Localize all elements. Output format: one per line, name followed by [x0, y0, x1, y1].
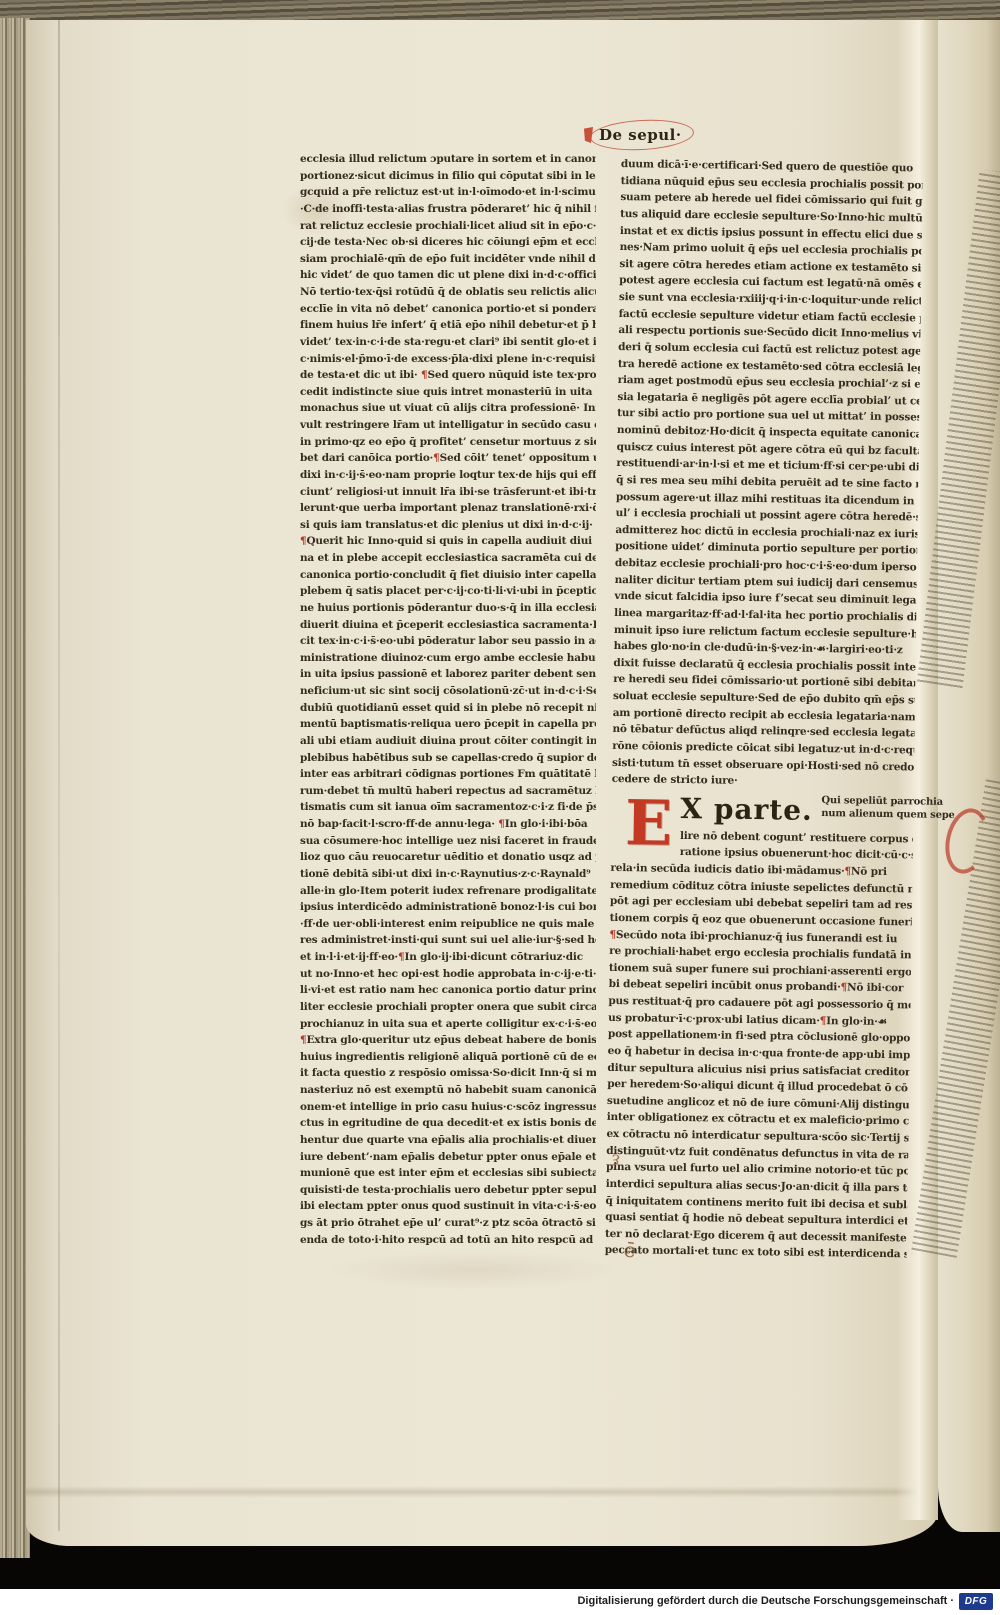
lombard-initial: E	[625, 795, 673, 852]
text-line: in primo·qz eo ep̄o q̄ profitet’ censetu…	[300, 434, 596, 451]
text-line: li·vi·et est ratio nam hec canonica port…	[300, 982, 596, 999]
text-line: diuerit diuina et p̄ceperit ecclesiastic…	[300, 617, 596, 634]
text-line: cij·de testa·Nec ob·si diceres hic cōiun…	[300, 234, 596, 251]
text-line: rum·debet tn̄ multū haberi repectus ad s…	[300, 783, 596, 800]
text-column-right: duum dicā·ī·e·certificari·Sed quero de q…	[605, 156, 923, 1263]
text-line: sua cōsumere·hoc intellige uez nisi face…	[300, 833, 596, 850]
parchment-stain	[326, 1250, 626, 1290]
text-line: munionē que est inter ep̄m et ecclesias …	[300, 1165, 596, 1182]
text-line: rat relictuz ecclesie prochiali·licet al…	[300, 218, 596, 235]
running-title-text: De sepul·	[599, 125, 682, 145]
text-line: de testa·et dic ut ibi· ¶Sed quero nūqui…	[300, 367, 596, 384]
ex-parte-body: lire nō debent cogunt’ restituere corpus…	[605, 827, 913, 1264]
text-line: ¶Extra glo·queritur utz ep̄us debeat hab…	[300, 1032, 596, 1049]
text-line: ipsius interdicēdo administrationē bonoz…	[300, 899, 596, 916]
ex-parte-side-text: Qui sepeliūt parrochianum alienum quem s…	[821, 794, 955, 822]
text-line: ut no·Inno·et hec opi·est hodie approbat…	[300, 966, 596, 983]
text-line: ne huius portionis pōderantur duo·s·q̄ i…	[300, 600, 596, 617]
text-line: inter eas arbitrari cōdignas portiones F…	[300, 766, 596, 783]
text-line: tionē debitā sibi·ut dixi in·c·Raynutius…	[300, 866, 596, 883]
text-line: Nō tertio·tex·q̄si rotūdū q̄ de oblatis …	[300, 284, 596, 301]
text-line: ·ff·de uer·obli·interest enim reipublice…	[300, 916, 596, 933]
text-line: huius ingredientis religionē aliquā port…	[300, 1049, 596, 1066]
text-line: nō bap·facit·l·scro·ff·de annu·lega· ¶In…	[300, 816, 596, 833]
text-line: ciunt’ religiosi·ut innuit lr̄a ibi·se t…	[300, 484, 596, 501]
text-line: si quis iam translatus·et dic plenius ut…	[300, 517, 596, 534]
text-line: onem·et intellige in prio casu huius·c·s…	[300, 1099, 596, 1116]
text-line: ministratione diuinoz·cum ergo ambe eccl…	[300, 650, 596, 667]
text-line: alle·in glo·Item poterit iudex refrenare…	[300, 883, 596, 900]
text-line: finem huius lr̄e infert’ q̄ etiā ep̄o ni…	[300, 317, 596, 334]
text-line: ecclīe in vita nō debet’ canonica portio…	[300, 301, 596, 318]
text-line: lerunt·que uerba important plenaz transl…	[300, 500, 596, 517]
text-line: neficium·ut sic sint socij cōsolationū·z…	[300, 683, 596, 700]
manuscript-scan: De sepul· ecclesia illud relictum ɔputar…	[0, 0, 1000, 1615]
text-line: cedit indistincte siue quis intret monas…	[300, 384, 596, 401]
text-line: in uita ipsius passionē et laborez parit…	[300, 666, 596, 683]
text-line: dubiū quotidianū esset quid si in plebe …	[300, 700, 596, 717]
text-line: monachus siue ut viuat cū alijs citra pr…	[300, 400, 596, 417]
text-line: plebem q̄ satis placet per·c·ij·co·ti·li…	[300, 583, 596, 600]
text-line: vult restringere lr̄am ut intelligatur i…	[300, 417, 596, 434]
text-line: plebibus habētibus sub se capellas·credo…	[300, 750, 596, 767]
text-line: ali ubi etiam audiuit diuina prout cōite…	[300, 733, 596, 750]
text-line: num alienum quem sepe	[821, 807, 955, 822]
text-line: it facta questio z respōsio omissa·So·di…	[300, 1065, 596, 1082]
text-line: gcquid a pr̄e relictuz est·ut in·l·oīmod…	[300, 184, 596, 201]
text-line: na et in plebe accepit ecclesiastica sac…	[300, 550, 596, 567]
text-line: ·C·de inoffi·testa·alias frustra pōderar…	[300, 201, 596, 218]
text-line: bet dari canōica portio·¶Sed cōit’ tenet…	[300, 450, 596, 467]
text-line: et in·l·i·et·ij·ff·eo·¶In glo·ij·ibi·dic…	[300, 949, 596, 966]
text-line: iure debent’·nam ep̄alis debetur ppter o…	[300, 1149, 596, 1166]
text-line: nasteriuz nō est exemptū nō habebit suam…	[300, 1082, 596, 1099]
text-line: quisisti·de testa·prochialis uero debetu…	[300, 1182, 596, 1199]
text-line: hic videt’ de quo tamen dic ut plene dix…	[300, 267, 596, 284]
right-column-text: duum dicā·ī·e·certificari·Sed quero de q…	[612, 156, 923, 792]
text-line: canonica portio·concludit q̄ fiet diuisi…	[300, 567, 596, 584]
ex-parte-section: E X parte. Qui sepeliūt parrochianum ali…	[605, 791, 914, 1264]
text-line: ibi electam ppter onus quod sustinuit in…	[300, 1198, 596, 1215]
text-line: lioz quo cāu reuocaretur uēditio et dona…	[300, 849, 596, 866]
text-line: gs āt prio ōtrahet ep̄e ul’ curat⁹·z ptz…	[300, 1215, 596, 1232]
text-line: dixi in·c·ij·s̄·eo·nam proprie loqtur te…	[300, 467, 596, 484]
digitization-credit: Digitalisierung gefördert durch die Deut…	[577, 1595, 954, 1607]
text-line: cit tex·in·c·i·s̄·eo·ubi pōderatur labor…	[300, 633, 596, 650]
text-line: prochianuz in uita sua et aperte colligi…	[300, 1016, 596, 1033]
text-line: ¶Querit hic Inno·quid si quis in capella…	[300, 533, 596, 550]
text-line: liter ecclesie prochiali propter onera q…	[300, 999, 596, 1016]
text-line: siam prochialē·qm̄ de ep̄o fuit incidēte…	[300, 251, 596, 268]
text-line: ctus in egritudine de qua decedit·et ex …	[300, 1115, 596, 1132]
book-top-edge	[0, 0, 1000, 22]
text-line: portionez·sicut dicimus in filio qui cōp…	[300, 168, 596, 185]
dfg-logo: DFG	[959, 1593, 993, 1610]
text-line: c·nimis·el·p̄mo·ī·de excess·p̄la·dixi pl…	[300, 351, 596, 368]
text-line: mentū baptismatis·reliqua uero p̄cepit i…	[300, 716, 596, 733]
text-line: enda de toto·i·hito respcū ad totū an hi…	[300, 1232, 596, 1249]
ex-parte-heading: X parte.	[680, 792, 813, 827]
text-line: res administret·insti·qui sunt sui uel a…	[300, 932, 596, 949]
text-line: ecclesia illud relictum ɔputare in sorte…	[300, 151, 596, 168]
text-line: hentur due quarte vna ep̄alis alia proch…	[300, 1132, 596, 1149]
digitization-footer: Digitalisierung gefördert durch die Deut…	[0, 1589, 1000, 1615]
text-column-left: ecclesia illud relictum ɔputare in sorte…	[300, 151, 596, 1248]
adjacent-page	[938, 20, 1000, 1532]
text-line: videt’ tex·in·c·i·de sta·regu·et clari⁹ …	[300, 334, 596, 351]
text-line: tismatis cum sit ianua oīm sacramentoz·c…	[300, 799, 596, 816]
